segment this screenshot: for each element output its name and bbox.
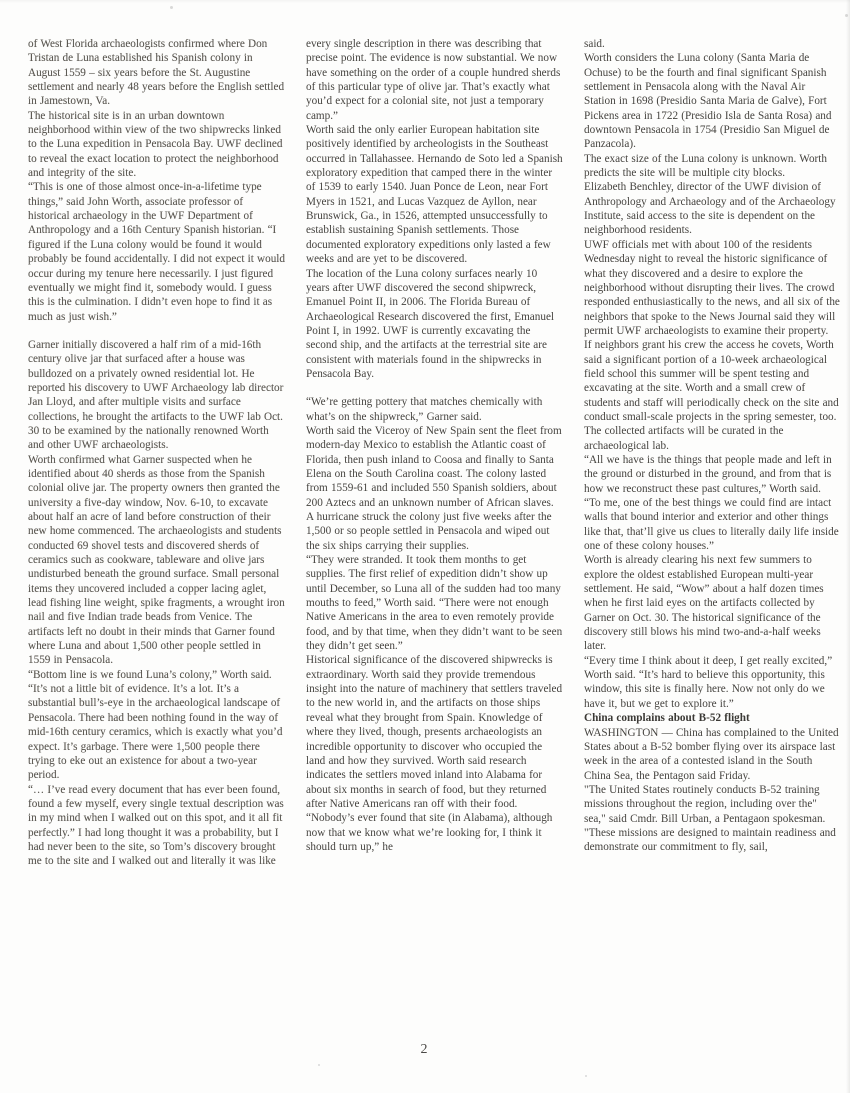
paragraph: “All we have is the things that people m… xyxy=(584,453,840,553)
paragraph: Worth confirmed what Garner suspected wh… xyxy=(28,453,285,668)
paragraph: Elizabeth Benchley, director of the UWF … xyxy=(584,180,840,237)
column-left: of West Florida archaeologists confirmed… xyxy=(28,37,285,869)
paragraph: If neighbors grant his crew the access h… xyxy=(584,338,840,453)
paragraph: “Nobody’s ever found that site (in Alaba… xyxy=(306,811,563,854)
column-middle: every single description in there was de… xyxy=(306,37,563,854)
paragraph: Historical significance of the discovere… xyxy=(306,653,563,811)
paragraph: The historical site is in an urban downt… xyxy=(28,109,285,181)
paragraph: of West Florida archaeologists confirmed… xyxy=(28,37,285,109)
paragraph: “Every time I think about it deep, I get… xyxy=(584,654,840,711)
paragraph: “This is one of those almost once-in-a-l… xyxy=(28,180,285,323)
paragraph: every single description in there was de… xyxy=(306,37,563,123)
article-heading: China complains about B-52 flight xyxy=(584,711,840,725)
paragraph: said. xyxy=(584,37,840,51)
paragraph: Garner initially discovered a half rim o… xyxy=(28,338,285,453)
scan-speck xyxy=(845,14,848,17)
scan-speck xyxy=(318,1064,320,1066)
paragraph: Worth said the Viceroy of New Spain sent… xyxy=(306,424,563,510)
paragraph: “Bottom line is we found Luna’s colony,”… xyxy=(28,668,285,783)
column-right: said. Worth considers the Luna colony (S… xyxy=(584,37,840,855)
scan-edge-shadow-top xyxy=(0,0,850,3)
paragraph: A hurricane struck the colony just five … xyxy=(306,510,563,553)
paragraph: “We’re getting pottery that matches chem… xyxy=(306,395,563,424)
scanned-newspaper-page: of West Florida archaeologists confirmed… xyxy=(0,0,850,1093)
paragraph: The location of the Luna colony surfaces… xyxy=(306,267,563,382)
paragraph: "The United States routinely conducts B-… xyxy=(584,783,840,855)
paragraph: UWF officials met with about 100 of the … xyxy=(584,238,840,338)
paragraph: WASHINGTON — China has complained to the… xyxy=(584,726,840,783)
paragraph: Worth is already clearing his next few s… xyxy=(584,553,840,653)
scan-edge-shadow-right xyxy=(846,0,850,1093)
paragraph: The exact size of the Luna colony is unk… xyxy=(584,152,840,181)
paragraph: “They were stranded. It took them months… xyxy=(306,553,563,653)
paragraph: “… I’ve read every document that has eve… xyxy=(28,783,285,869)
page-number: 2 xyxy=(406,1042,442,1058)
scan-speck xyxy=(170,6,173,9)
paragraph: Worth said the only earlier European hab… xyxy=(306,123,563,266)
paragraph: Worth considers the Luna colony (Santa M… xyxy=(584,51,840,151)
scan-speck xyxy=(585,1075,587,1077)
